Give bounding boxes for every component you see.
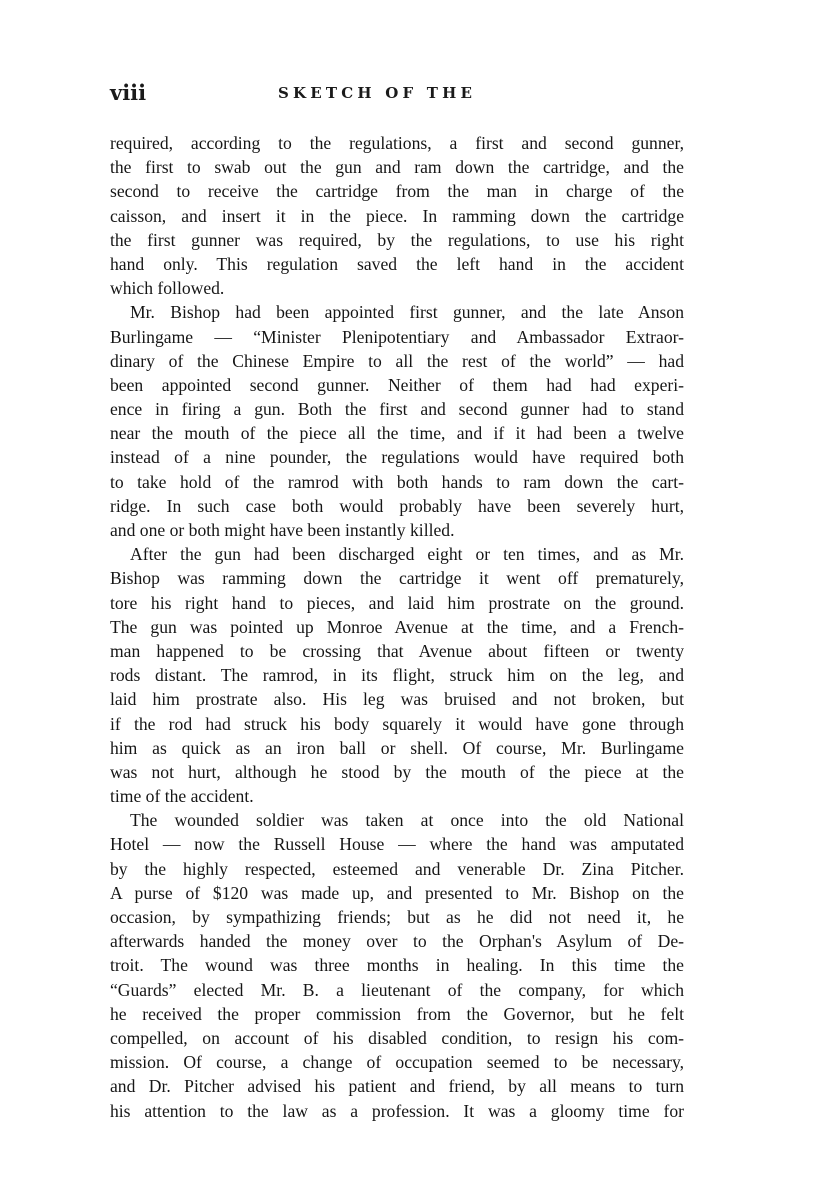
text-line: occasion, by sympathizing friends; but a…: [110, 905, 684, 929]
text-line: been appointed second gunner. Neither of…: [110, 373, 684, 397]
text-line: mission. Of course, a change of occupati…: [110, 1050, 684, 1074]
text-line: Mr. Bishop had been appointed first gunn…: [110, 300, 684, 324]
text-line: required, according to the regulations, …: [110, 131, 684, 155]
text-line: The wounded soldier was taken at once in…: [110, 808, 684, 832]
text-line: which followed.: [110, 276, 684, 300]
text-line: by the highly respected, esteemed and ve…: [110, 857, 684, 881]
paragraph-4: The wounded soldier was taken at once in…: [110, 808, 684, 1122]
text-line: afterwards handed the money over to the …: [110, 929, 684, 953]
text-line: A purse of $120 was made up, and present…: [110, 881, 684, 905]
text-line: After the gun had been discharged eight …: [110, 542, 684, 566]
text-line: the first gunner was required, by the re…: [110, 228, 684, 252]
running-head: viii SKETCH OF THE: [110, 80, 684, 106]
text-line: dinary of the Chinese Empire to all the …: [110, 349, 684, 373]
text-line: Bishop was ramming down the cartridge it…: [110, 566, 684, 590]
text-line: tore his right hand to pieces, and laid …: [110, 591, 684, 615]
text-line: instead of a nine pounder, the regulatio…: [110, 445, 684, 469]
text-line: if the rod had struck his body squarely …: [110, 712, 684, 736]
text-line: and one or both might have been instantl…: [110, 518, 684, 542]
running-title: SKETCH OF THE: [278, 84, 476, 102]
body-text: required, according to the regulations, …: [110, 131, 684, 1123]
text-line: his attention to the law as a profession…: [110, 1099, 684, 1123]
text-line: laid him prostrate also. His leg was bru…: [110, 687, 684, 711]
book-page: viii SKETCH OF THE required, according t…: [0, 0, 840, 1191]
text-line: he received the proper commission from t…: [110, 1002, 684, 1026]
text-line: and Dr. Pitcher advised his patient and …: [110, 1074, 684, 1098]
text-line: The gun was pointed up Monroe Avenue at …: [110, 615, 684, 639]
text-line: him as quick as an iron ball or shell. O…: [110, 736, 684, 760]
text-line: second to receive the cartridge from the…: [110, 179, 684, 203]
text-line: rods distant. The ramrod, in its flight,…: [110, 663, 684, 687]
text-line: “Guards” elected Mr. B. a lieutenant of …: [110, 978, 684, 1002]
text-line: hand only. This regulation saved the lef…: [110, 252, 684, 276]
text-line: the first to swab out the gun and ram do…: [110, 155, 684, 179]
text-line: time of the accident.: [110, 784, 684, 808]
text-line: troit. The wound was three months in hea…: [110, 953, 684, 977]
text-line: Hotel — now the Russell House — where th…: [110, 832, 684, 856]
page-number: viii: [110, 80, 146, 105]
text-line: ridge. In such case both would probably …: [110, 494, 684, 518]
text-line: ence in firing a gun. Both the first and…: [110, 397, 684, 421]
text-line: Burlingame — “Minister Plenipotentiary a…: [110, 325, 684, 349]
paragraph-1: required, according to the regulations, …: [110, 131, 684, 300]
text-line: near the mouth of the piece all the time…: [110, 421, 684, 445]
text-line: caisson, and insert it in the piece. In …: [110, 204, 684, 228]
text-line: man happened to be crossing that Avenue …: [110, 639, 684, 663]
paragraph-2: Mr. Bishop had been appointed first gunn…: [110, 300, 684, 542]
text-line: compelled, on account of his disabled co…: [110, 1026, 684, 1050]
paragraph-3: After the gun had been discharged eight …: [110, 542, 684, 808]
text-line: to take hold of the ramrod with both han…: [110, 470, 684, 494]
text-line: was not hurt, although he stood by the m…: [110, 760, 684, 784]
